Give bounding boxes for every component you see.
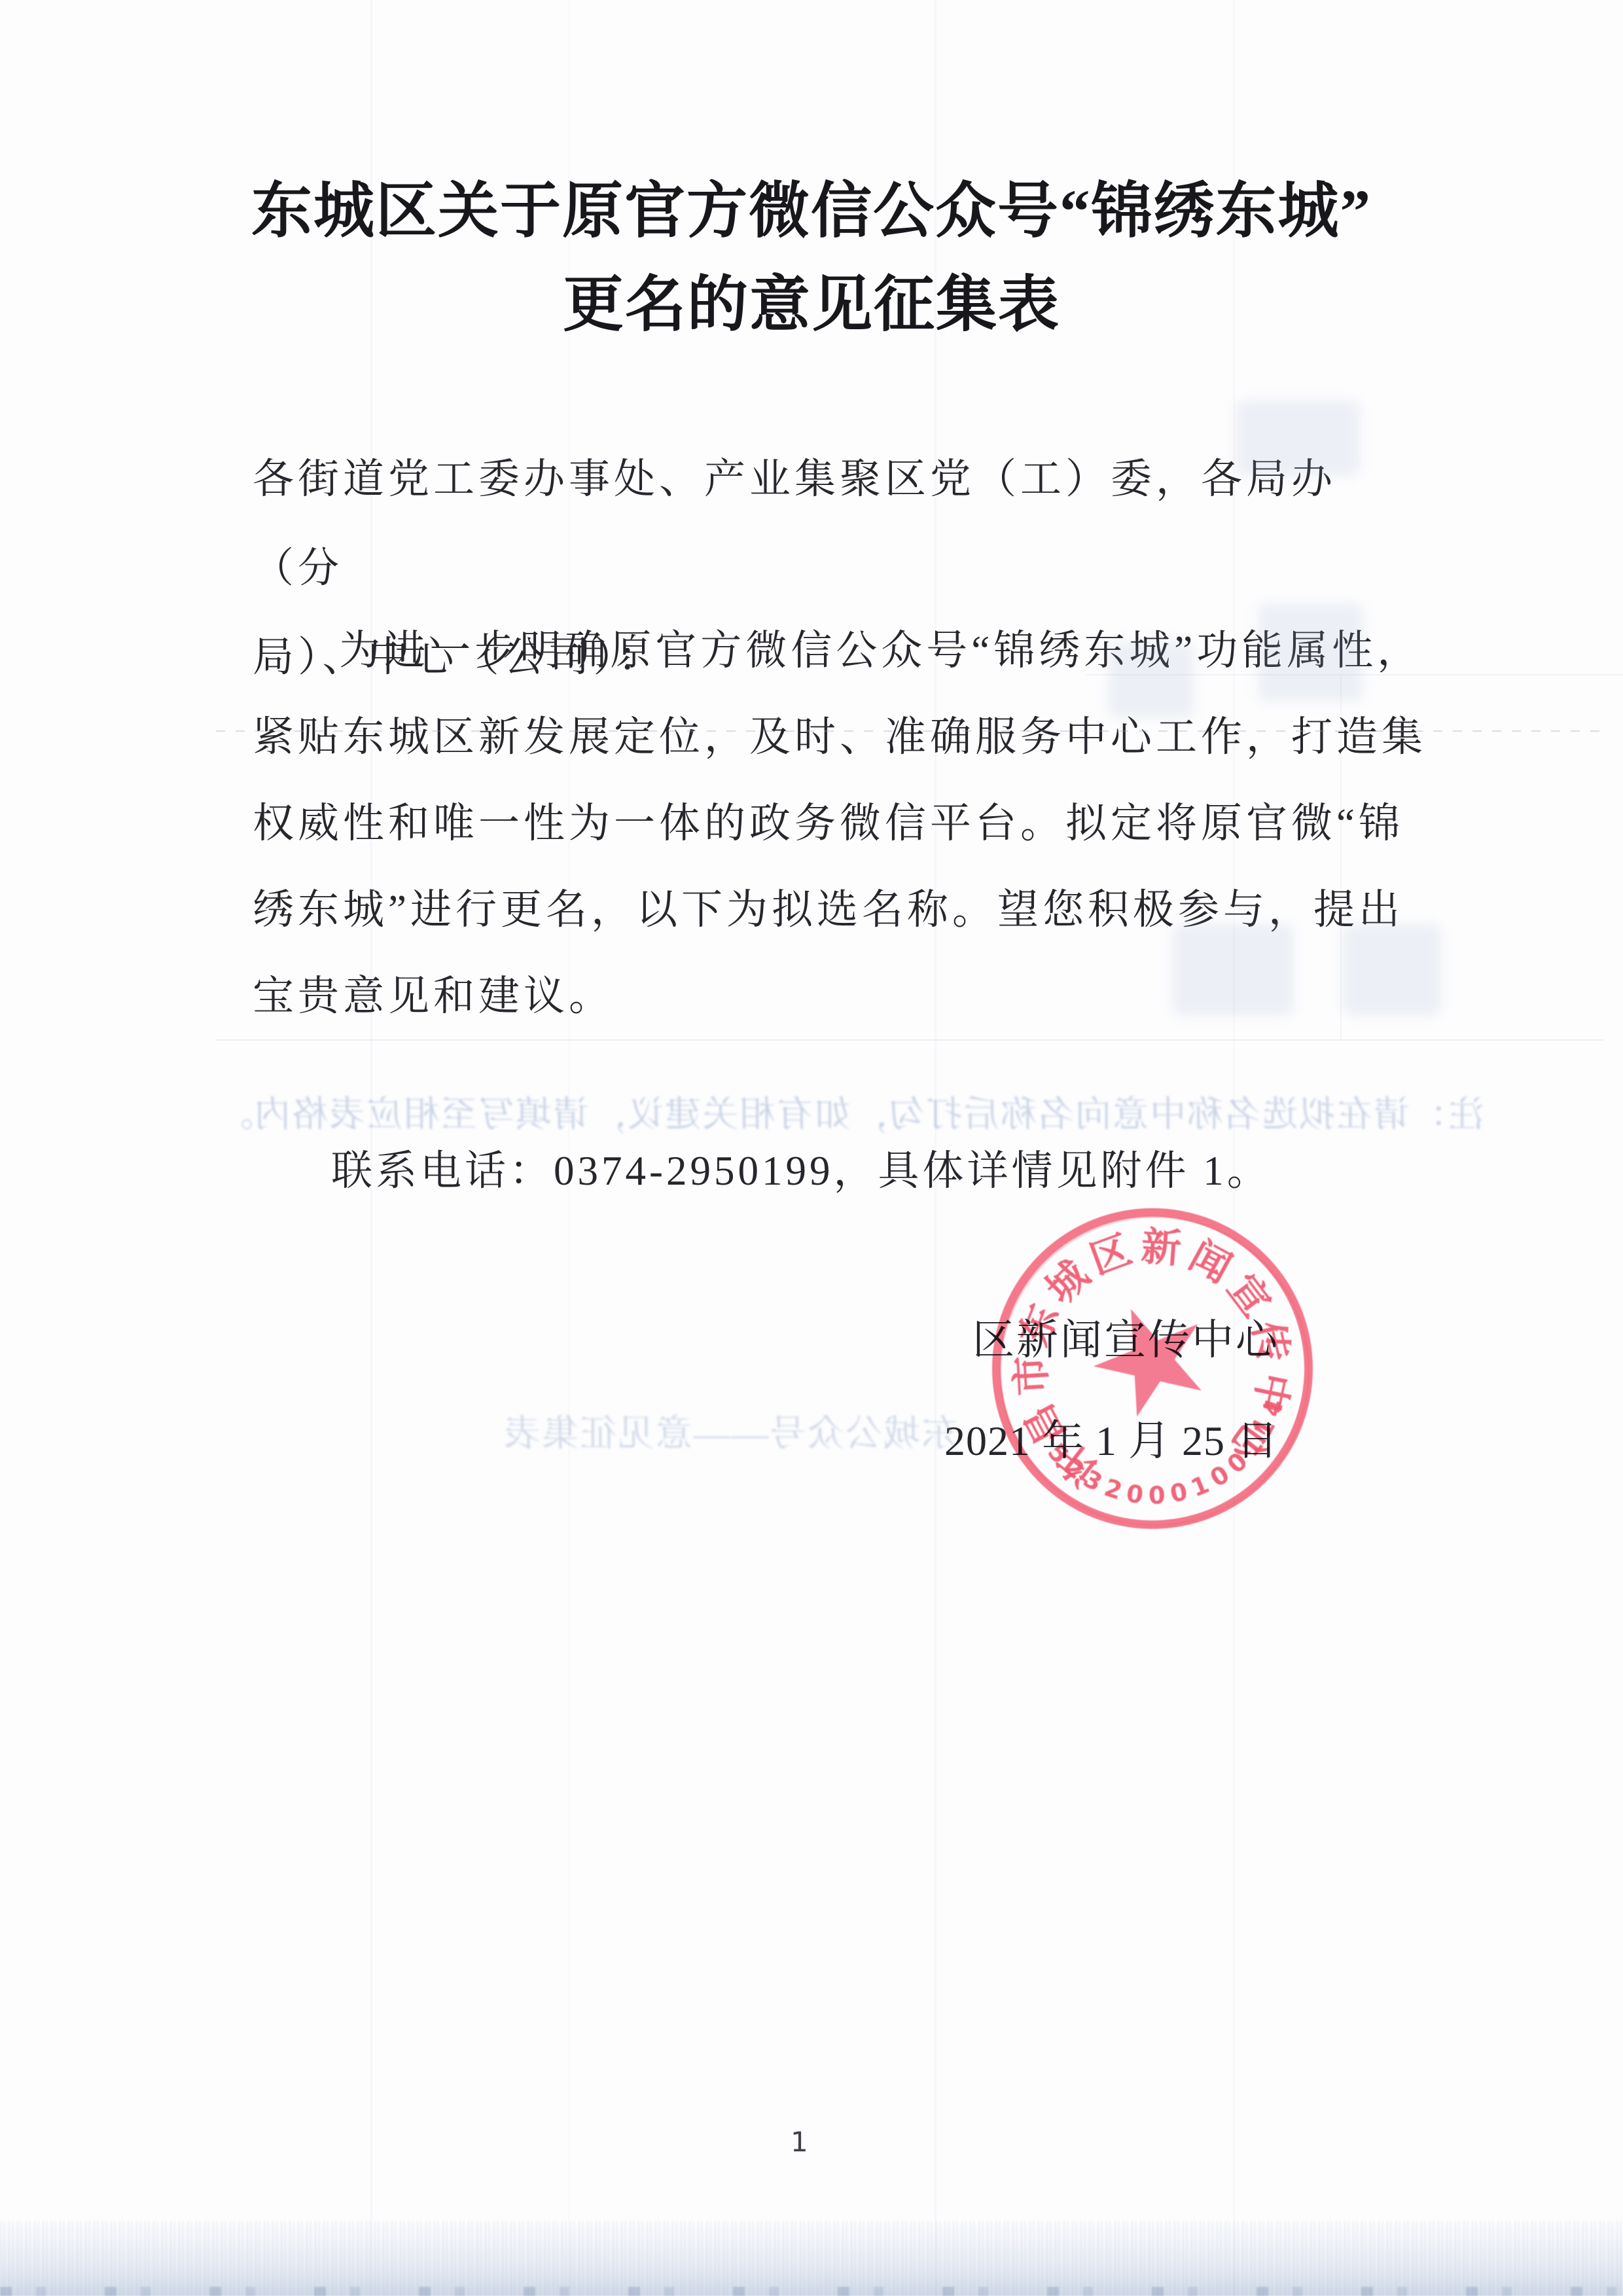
body-line: 权威性和唯一性为一体的政务微信平台。拟定将原官微“锦 — [253, 780, 1431, 867]
bleedthrough-echo-text: 东城公众号——意见征集表 — [503, 1405, 958, 1457]
scanned-document-page: 东城区关于原官方微信公众号“锦绣东城” 更名的意见征集表 各街道党工委办事处、产… — [0, 0, 1623, 2296]
official-seal: 许昌市东城区新闻宣传中心 4110010002325 — [971, 1187, 1333, 1549]
bleedthrough-note-text: 注：请在拟选名称中意向名称后打勾，如有相关建议，请填写至相应表格内。 — [216, 1085, 1484, 1137]
bleedthrough-table-line — [216, 1039, 1603, 1041]
document-title: 东城区关于原官方微信公众号“锦绣东城” 更名的意见征集表 — [0, 165, 1623, 352]
scanner-streak — [935, 0, 936, 2296]
page-number: 1 — [791, 2126, 808, 2158]
body-line: 为进一步明确原官方微信公众号“锦绣东城”功能属性， — [253, 607, 1431, 694]
title-line-1: 东城区关于原官方微信公众号“锦绣东城” — [0, 165, 1623, 259]
scanner-streak — [568, 0, 570, 2296]
bleedthrough-smudge — [1343, 924, 1441, 1016]
scanner-streak — [1233, 0, 1235, 2296]
bleedthrough-table-line — [216, 730, 1603, 732]
scanner-streak — [370, 0, 372, 2296]
body-line: 紧贴东城区新发展定位，及时、准确服务中心工作，打造集 — [253, 694, 1431, 780]
bleedthrough-smudge — [1236, 401, 1360, 476]
bleedthrough-table-line — [1086, 674, 1623, 675]
scan-edge-noise — [0, 2221, 1623, 2296]
scan-edge-dashes — [0, 2287, 1623, 2296]
bleedthrough-table-line — [1340, 674, 1342, 1041]
contact-line: 联系电话：0374-2950199，具体详情见附件 1。 — [331, 1138, 1272, 1197]
title-line-2: 更名的意见征集表 — [0, 259, 1623, 352]
bleedthrough-smudge — [1109, 643, 1194, 718]
bleedthrough-smudge — [1258, 603, 1363, 702]
